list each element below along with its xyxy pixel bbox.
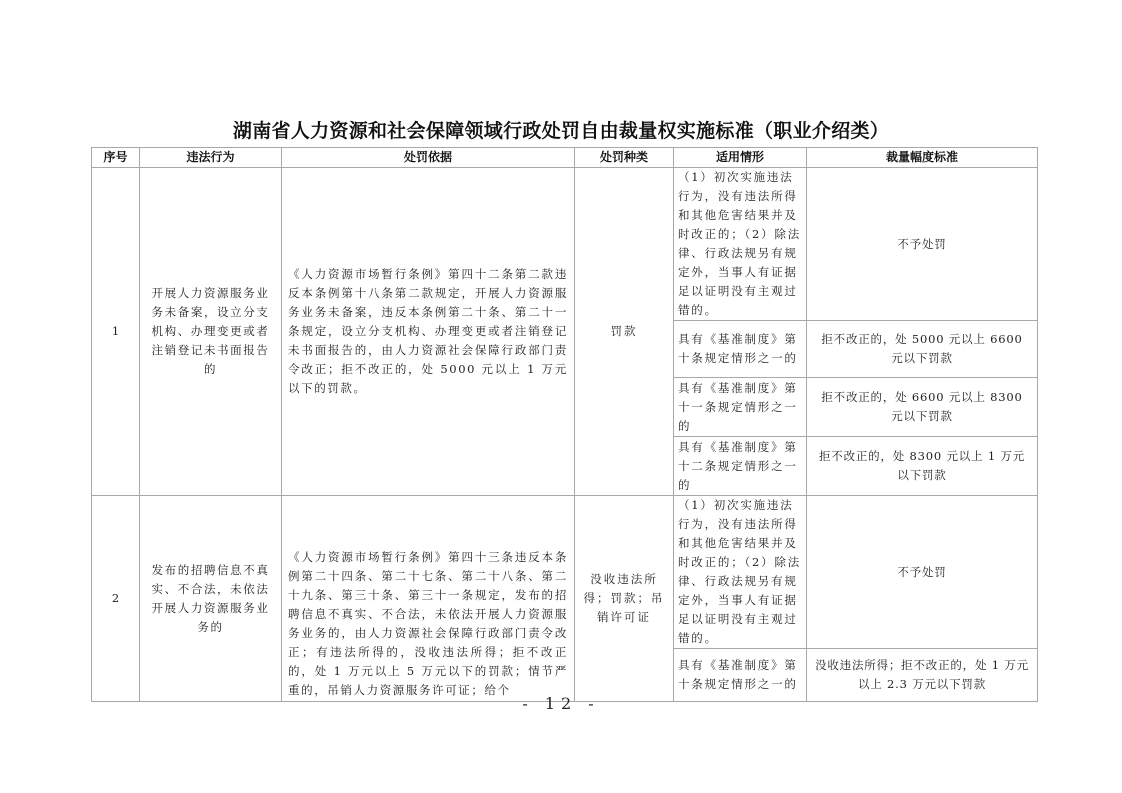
tier-standard: 拒不改正的，处 5000 元以上 6600 元以下罚款: [807, 321, 1038, 378]
row-violation: 开展人力资源服务业务未备案，设立分支机构、办理变更或者注销登记未书面报告的: [140, 168, 282, 496]
header-situation: 适用情形: [674, 148, 807, 168]
tier-situation: （1）初次实施违法行为，没有违法所得和其他危害结果并及时改正的；（2）除法律、行…: [674, 496, 807, 649]
tier-situation: 具有《基准制度》第十二条规定情形之一的: [674, 437, 807, 496]
row-penalty-type: 罚款: [575, 168, 674, 496]
row-basis: 《人力资源市场暂行条例》第四十三条违反本条例第二十四条、第二十七条、第二十八条、…: [282, 496, 575, 702]
row-index: 2: [92, 496, 140, 702]
header-violation: 违法行为: [140, 148, 282, 168]
tier-standard: 不予处罚: [807, 168, 1038, 321]
document-title: 湖南省人力资源和社会保障领域行政处罚自由裁量权实施标准（职业介绍类）: [0, 116, 1122, 143]
tier-standard: 拒不改正的，处 6600 元以上 8300 元以下罚款: [807, 378, 1038, 437]
row-index: 1: [92, 168, 140, 496]
page-number: - 12 -: [0, 694, 1122, 713]
table-header-row: 序号 违法行为 处罚依据 处罚种类 适用情形 裁量幅度标准: [92, 148, 1038, 168]
tier-standard: 不予处罚: [807, 496, 1038, 649]
table-row: 2 发布的招聘信息不真实、不合法，未依法开展人力资源服务业务的 《人力资源市场暂…: [92, 496, 1038, 649]
row-basis: 《人力资源市场暂行条例》第四十二条第二款违反本条例第十八条第二款规定，开展人力资…: [282, 168, 575, 496]
tier-situation: （1）初次实施违法行为，没有违法所得和其他危害结果并及时改正的；（2）除法律、行…: [674, 168, 807, 321]
header-index: 序号: [92, 148, 140, 168]
tier-standard: 拒不改正的，处 8300 元以上 1 万元以下罚款: [807, 437, 1038, 496]
row-violation: 发布的招聘信息不真实、不合法，未依法开展人力资源服务业务的: [140, 496, 282, 702]
row-penalty-type: 没收违法所得；罚款；吊销许可证: [575, 496, 674, 702]
header-basis: 处罚依据: [282, 148, 575, 168]
table-row: 1 开展人力资源服务业务未备案，设立分支机构、办理变更或者注销登记未书面报告的 …: [92, 168, 1038, 321]
tier-situation: 具有《基准制度》第十条规定情形之一的: [674, 321, 807, 378]
header-standard: 裁量幅度标准: [807, 148, 1038, 168]
header-penalty-type: 处罚种类: [575, 148, 674, 168]
tier-situation: 具有《基准制度》第十一条规定情形之一的: [674, 378, 807, 437]
discretion-standard-table: 序号 违法行为 处罚依据 处罚种类 适用情形 裁量幅度标准 1 开展人力资源服务…: [91, 147, 1038, 702]
row-basis-text: 《人力资源市场暂行条例》第四十三条违反本条例第二十四条、第二十七条、第二十八条、…: [288, 496, 568, 700]
